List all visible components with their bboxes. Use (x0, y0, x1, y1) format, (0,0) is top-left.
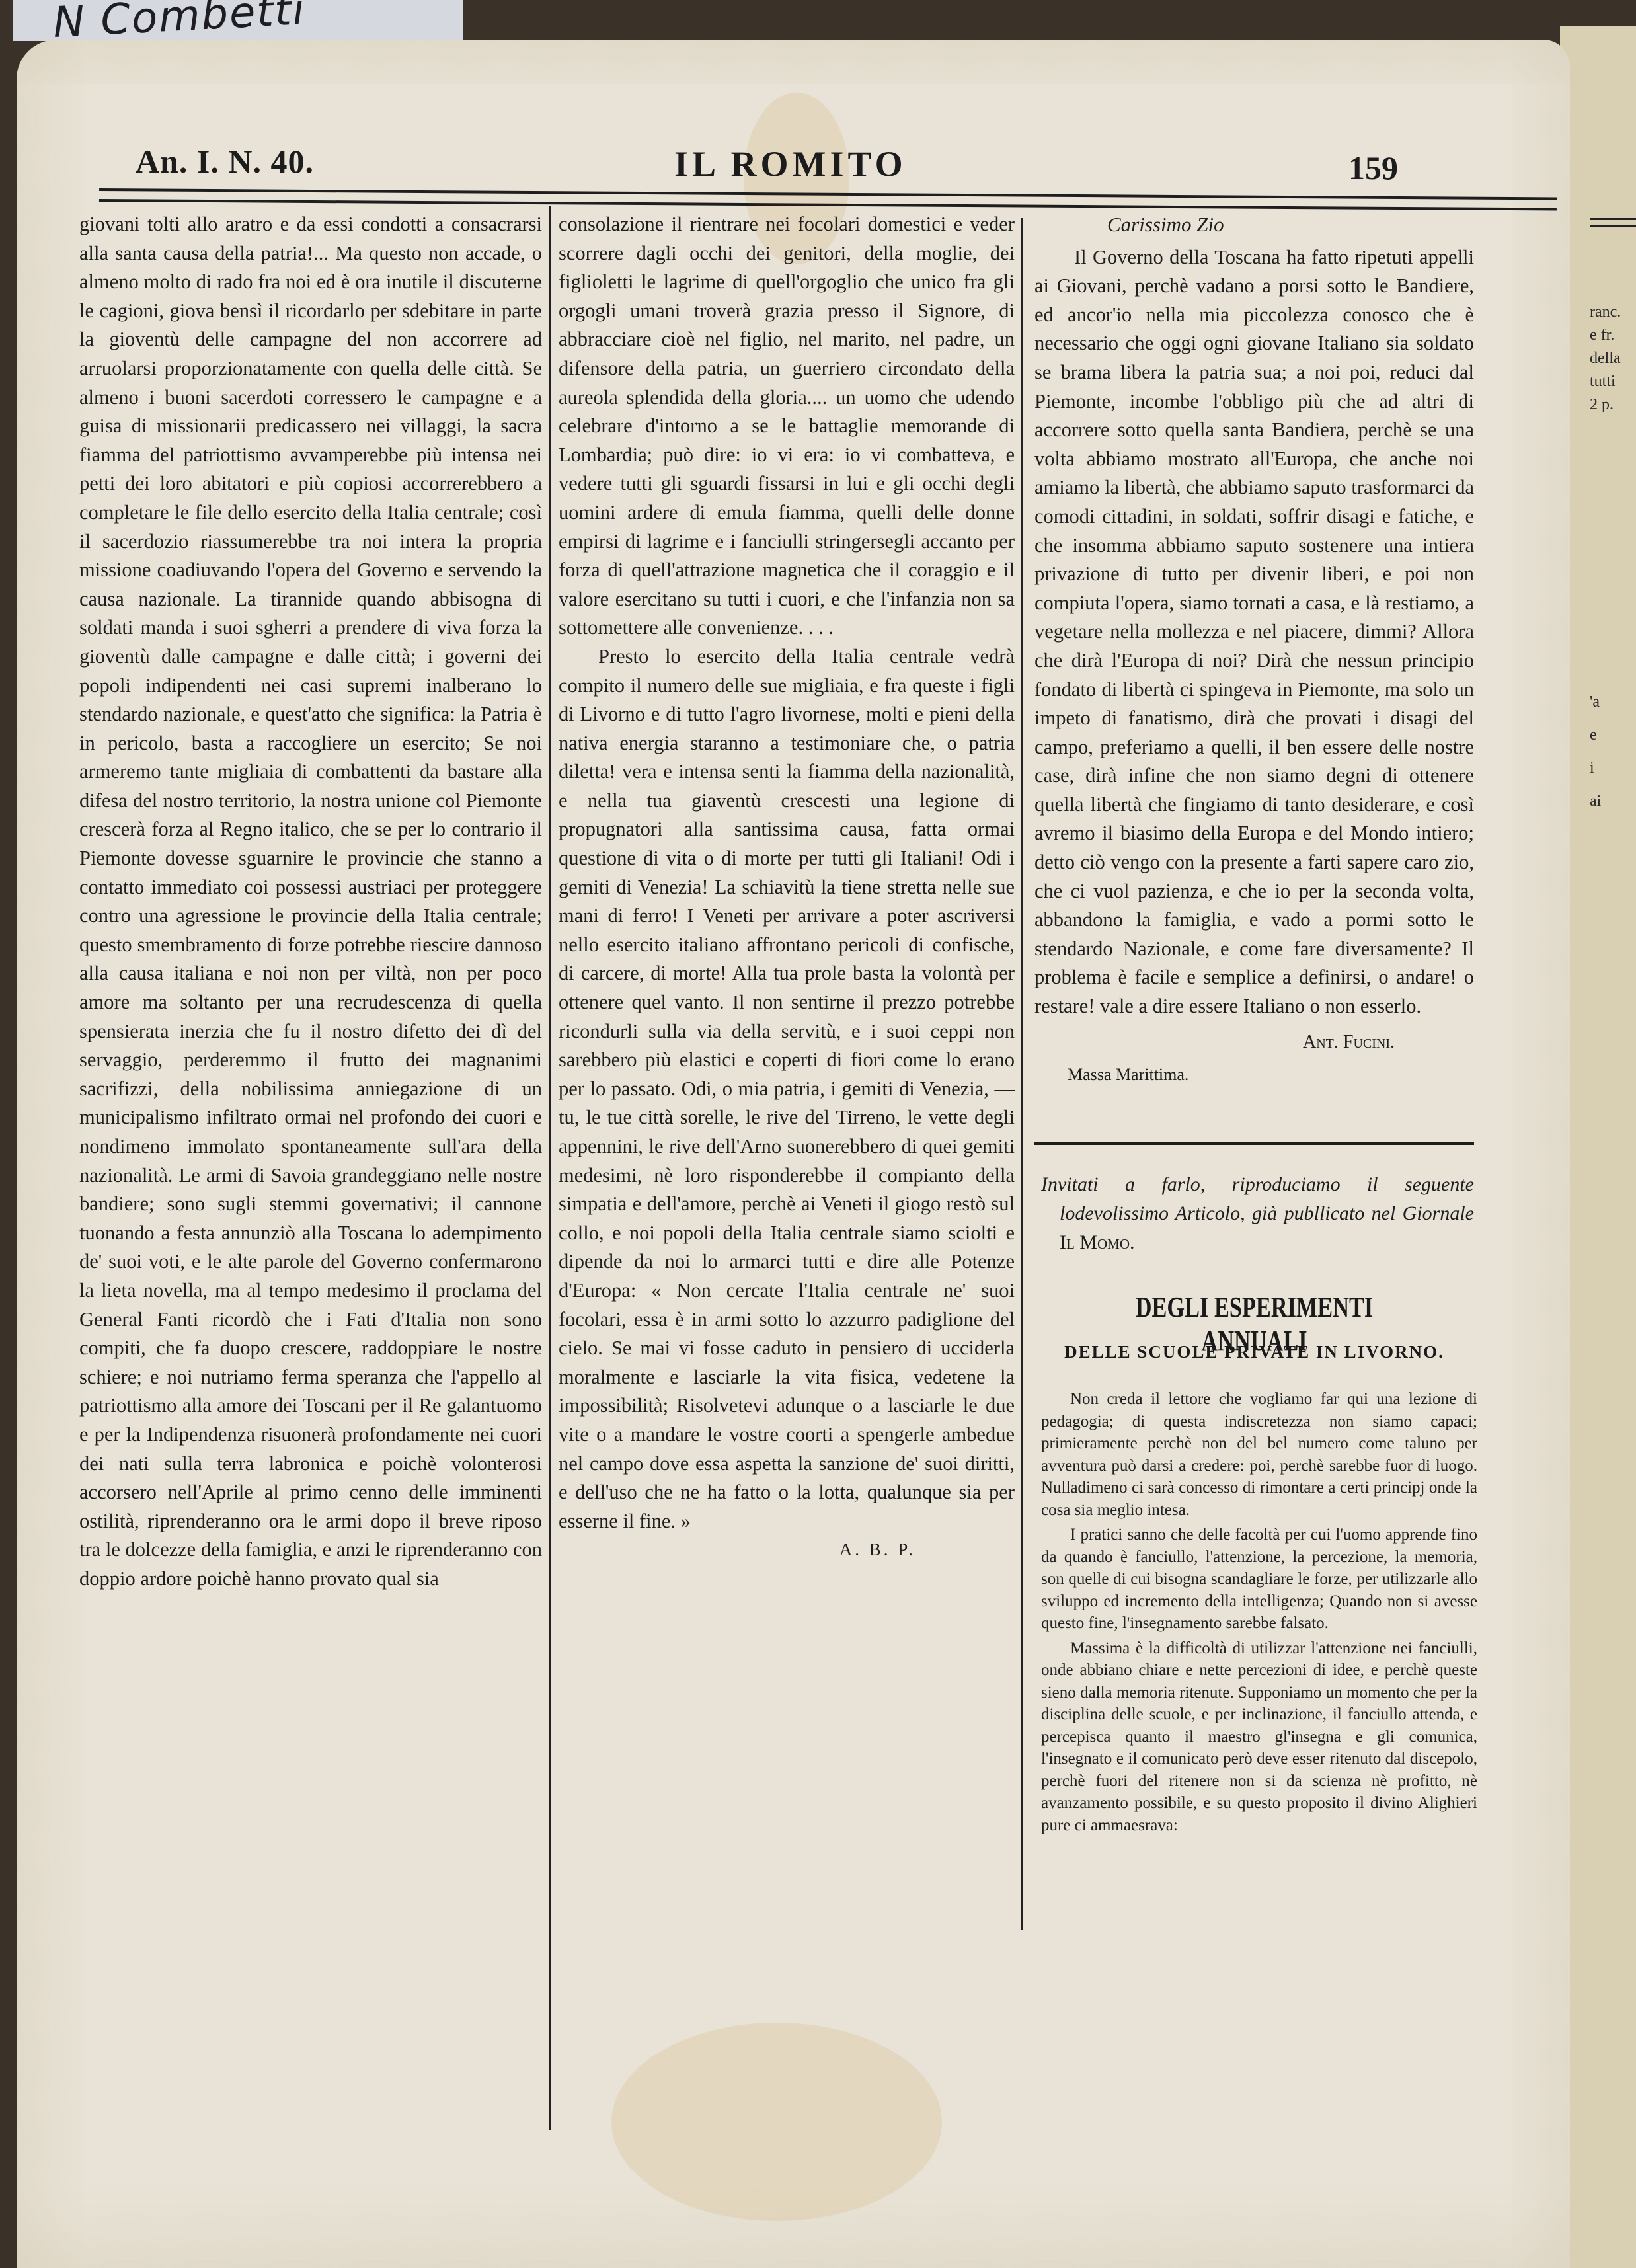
letter-signature: Ant. Fucini. (1034, 1028, 1474, 1057)
article-subtitle: DELLE SCUOLE PRIVATE IN LIVORNO. (1034, 1342, 1474, 1362)
paragraph: Massima è la difficoltà di utilizzar l'a… (1041, 1637, 1477, 1837)
letter-place: Massa Marittima. (1034, 1060, 1474, 1089)
article-signature: A. B. P. (559, 1536, 1015, 1565)
section-rule (1034, 1142, 1474, 1145)
adjacent-fragment: ranc. (1590, 304, 1621, 320)
masthead: An. I. N. 40. IL ROMITO 159 (136, 142, 1398, 182)
adjacent-fragment: i (1590, 760, 1594, 776)
paper-stain (611, 2023, 942, 2221)
adjacent-fragment: ai (1590, 793, 1601, 809)
paragraph: I pratici sanno che delle facoltà per cu… (1041, 1524, 1477, 1635)
adjacent-fragment: della (1590, 350, 1621, 366)
adjacent-fragment: e (1590, 727, 1597, 743)
column-divider (1021, 218, 1023, 1930)
issue-number: An. I. N. 40. (136, 142, 314, 180)
newspaper-title: IL ROMITO (674, 143, 907, 184)
reprint-note-text: Invitati a farlo, riproduciamo il seguen… (1041, 1173, 1474, 1224)
paragraph: Presto lo esercito della Italia centrale… (559, 643, 1015, 1536)
adjacent-page-edge: ranc. e fr. della tutti 2 p. 'a e i ai (1560, 26, 1636, 2268)
column-divider (549, 206, 551, 2130)
adjacent-rule (1590, 218, 1636, 220)
adjacent-rule (1590, 225, 1636, 227)
column-right-letter: Carissimo Zio Il Governo della Toscana h… (1034, 210, 1474, 1089)
archive-label: N Combetti (13, 0, 463, 41)
article-body: Non creda il lettore che vogliamo far qu… (1041, 1388, 1477, 1839)
column-left: giovani tolti allo aratro e da essi cond… (79, 210, 542, 1594)
adjacent-fragment: 'a (1590, 694, 1600, 710)
paragraph: giovani tolti allo aratro e da essi cond… (79, 210, 542, 1594)
paragraph: Non creda il lettore che vogliamo far qu… (1041, 1388, 1477, 1521)
page-number: 159 (1348, 149, 1398, 187)
paragraph: consolazione il rientrare nei focolari d… (559, 210, 1015, 643)
adjacent-fragment: 2 p. (1590, 397, 1614, 412)
letter-body: Il Governo della Toscana ha fatto ripetu… (1034, 243, 1474, 1021)
letter-salutation: Carissimo Zio (1034, 210, 1474, 239)
column-middle: consolazione il rientrare nei focolari d… (559, 210, 1015, 1565)
source-journal: Il Momo. (1060, 1232, 1135, 1253)
reprint-note: Invitati a farlo, riproduciamo il seguen… (1041, 1170, 1474, 1257)
adjacent-fragment: tutti (1590, 373, 1616, 389)
adjacent-fragment: e fr. (1590, 327, 1614, 343)
